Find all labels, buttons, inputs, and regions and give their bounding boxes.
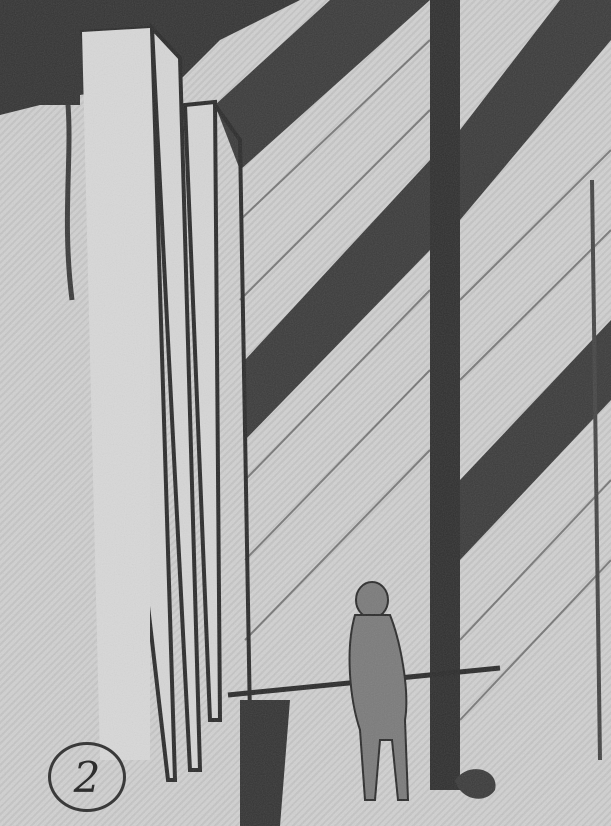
plate-number-text: 2	[74, 753, 101, 802]
sketch-canvas: 2	[0, 0, 611, 826]
plate-number-badge: 2	[48, 742, 126, 812]
sketch-drawing	[0, 0, 611, 826]
